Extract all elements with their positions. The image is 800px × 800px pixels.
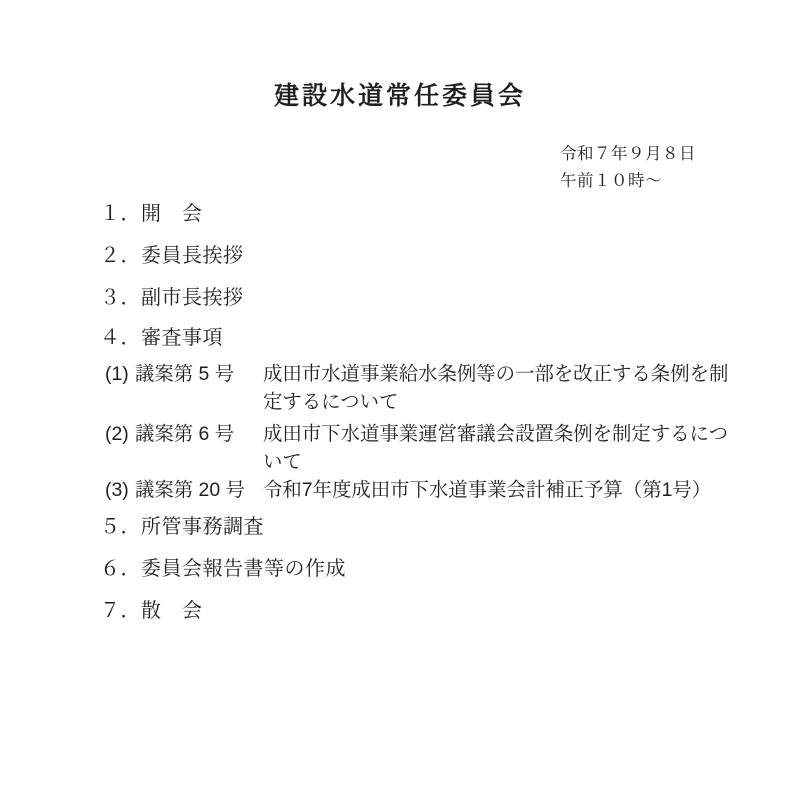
review-item-description: 成田市下水道事業運営審議会設置条例を制定するについて [263,420,733,476]
review-item-number: (1) [105,360,135,416]
review-item-description: 成田市水道事業給水条例等の一部を改正する条例を制定するについて [263,360,733,416]
page-title: 建設水道常任委員会 [0,76,800,112]
agenda-list: １．開 会 ２．委員長挨拶 ３．副市長挨拶 ４．審査事項 (1) 議案第 5 号… [100,202,750,623]
review-item-description: 令和7年度成田市下水道事業会計補正予算（第1号） [263,476,733,504]
agenda-item-3: ３．副市長挨拶 [100,286,750,310]
review-item-number: (2) [105,420,135,476]
review-item-bill-number: 議案第 5 号 [135,360,263,416]
agenda-item-1: １．開 会 [100,202,750,226]
agenda-item-7: ７．散 会 [100,599,750,623]
agenda-item-4: ４．審査事項 [100,326,750,350]
document-page: 建設水道常任委員会 令和７年９月８日 午前１０時～ １．開 会 ２．委員長挨拶 … [0,0,800,800]
review-item-3: (3) 議案第 20 号 令和7年度成田市下水道事業会計補正予算（第1号） [105,476,750,504]
review-item-number: (3) [105,476,135,504]
meeting-time: 午前１０時～ [560,168,696,195]
meeting-datetime: 令和７年９月８日 午前１０時～ [560,141,696,195]
review-item-bill-number: 議案第 6 号 [135,420,263,476]
agenda-item-2: ２．委員長挨拶 [100,244,750,268]
meeting-date: 令和７年９月８日 [560,141,696,168]
agenda-item-5: ５．所管事務調査 [100,515,750,539]
review-item-2: (2) 議案第 6 号 成田市下水道事業運営審議会設置条例を制定するについて [105,420,750,476]
review-item-bill-number: 議案第 20 号 [135,476,263,504]
review-item-1: (1) 議案第 5 号 成田市水道事業給水条例等の一部を改正する条例を制定するに… [105,360,750,416]
agenda-item-6: ６．委員会報告書等の作成 [100,557,750,581]
